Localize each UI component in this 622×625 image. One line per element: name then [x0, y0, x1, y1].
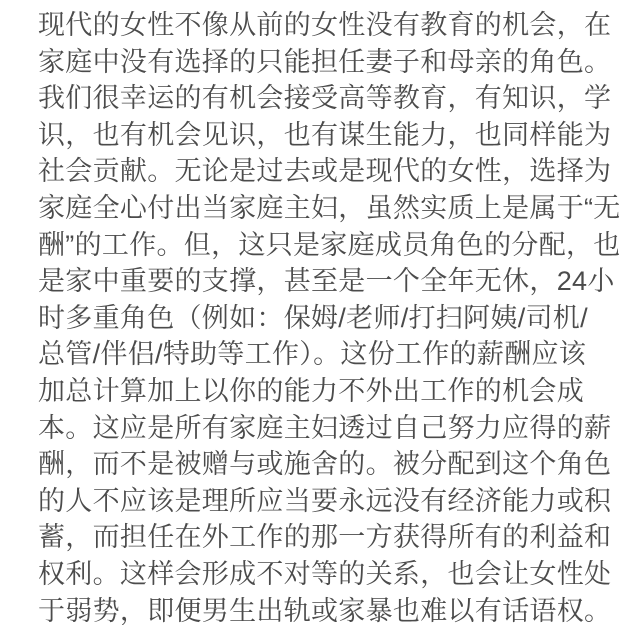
text-line: 权利。这样会形成不对等的关系，也会让女性处 — [38, 556, 598, 593]
text-line: 加总计算加上以你的能力不外出工作的机会成 — [38, 373, 598, 410]
text-line: 家庭全心付出当家庭主妇，虽然实质上是属于“无 — [38, 190, 598, 227]
text-line: 蓄，而担任在外工作的那一方获得所有的利益和 — [38, 519, 598, 556]
text-line: 现代的女性不像从前的女性没有教育的机会，在 — [38, 7, 598, 44]
text-line: 于弱势，即便男生出轨或家暴也难以有话语权。 — [38, 593, 598, 625]
text-line: 社会贡献。无论是过去或是现代的女性，选择为 — [38, 153, 598, 190]
text-line: 总管/伴侣/特助等工作）。这份工作的薪酬应该 — [38, 336, 598, 373]
text-line: 时多重角色（例如：保姆/老师/打扫阿姨/司机/ — [38, 300, 598, 337]
text-line: 是家中重要的支撑，甚至是一个全年无休，24小 — [38, 263, 598, 300]
text-line: 家庭中没有选择的只能担任妻子和母亲的角色。 — [38, 44, 598, 81]
text-line: 酬”的工作。但，这只是家庭成员角色的分配，也 — [38, 227, 598, 264]
text-line: 我们很幸运的有机会接受高等教育，有知识，学 — [38, 80, 598, 117]
text-line: 本。这应是所有家庭主妇透过自己努力应得的薪 — [38, 410, 598, 447]
post-text-block: 现代的女性不像从前的女性没有教育的机会，在 家庭中没有选择的只能担任妻子和母亲的… — [0, 0, 622, 625]
text-line: 酬，而不是被赠与或施舍的。被分配到这个角色 — [38, 446, 598, 483]
text-line: 识，也有机会见识，也有谋生能力，也同样能为 — [38, 117, 598, 154]
text-line: 的人不应该是理所应当要永远没有经济能力或积 — [38, 483, 598, 520]
